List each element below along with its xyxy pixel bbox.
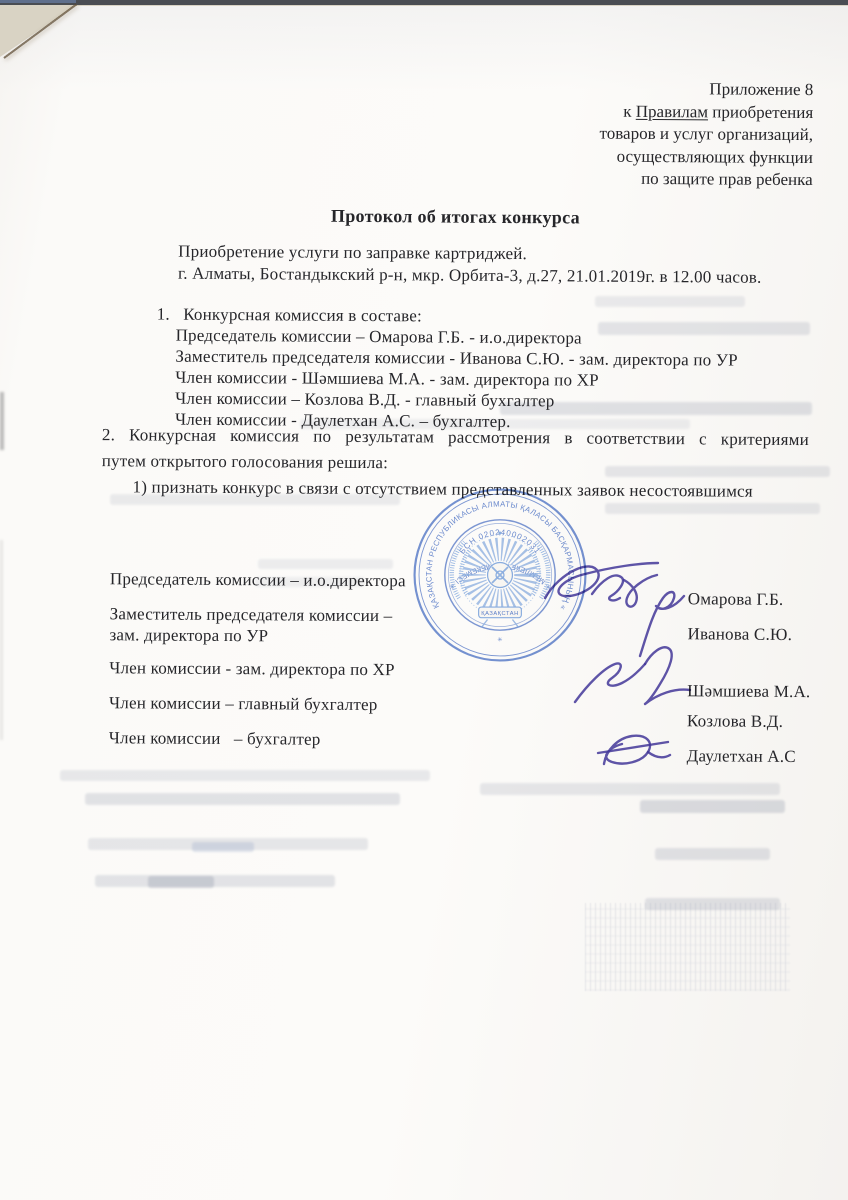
- signature-omarova: [624, 575, 657, 607]
- signature-shamshieva: [575, 663, 645, 702]
- scanned-document-page: { "annex": { "line1": "Приложение 8", "l…: [0, 0, 848, 1200]
- signature-omarova: [592, 576, 623, 601]
- signature-omarova: [545, 563, 658, 598]
- signature-shamshieva: [645, 647, 690, 704]
- signatures-layer: [0, 0, 848, 1200]
- signature-ivanova: [640, 592, 684, 656]
